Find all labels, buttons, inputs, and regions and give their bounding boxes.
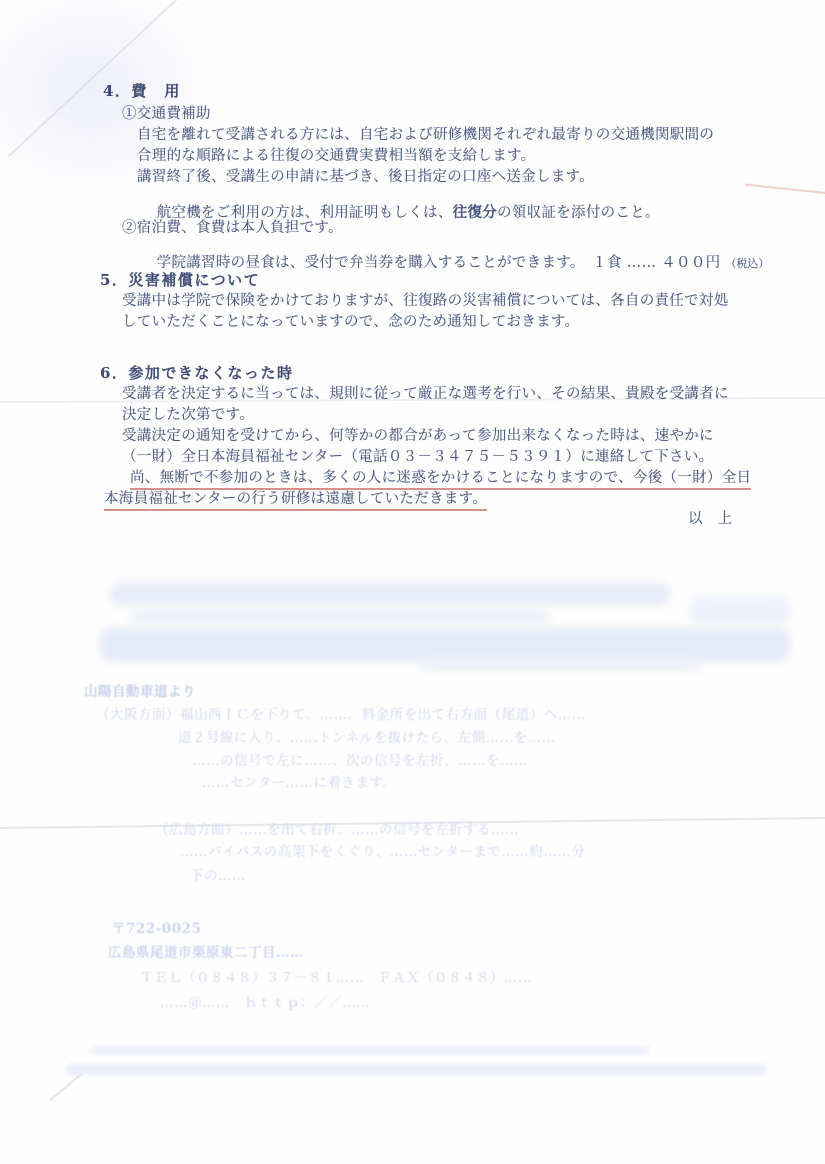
airfare-text: 航空機をご利用の方は、利用証明もしくは、 bbox=[157, 205, 453, 221]
airfare-text-end: の領収証を添付のこと。 bbox=[497, 205, 660, 221]
section-4-heading: 4．費 用 bbox=[103, 84, 181, 99]
tax-included-note: （税込） bbox=[725, 257, 769, 270]
fold-crease-bottom-left bbox=[49, 1073, 82, 1102]
bleedthrough-route-line: ……センター……に着きます。 bbox=[202, 777, 396, 791]
bleedthrough-route-line: 下の…… bbox=[190, 870, 246, 884]
section-6-contact-line: （一財）全日本海員福祉センター（電話０３－３４７５－５３９１）に連絡して下さい。 bbox=[122, 450, 713, 465]
bleedthrough-route-line: ……の信号で左に……、次の信号を左折、……を…… bbox=[192, 755, 528, 769]
section-6-warning-line-underlined: 本海員福祉センターの行う研修は遠慮していただきます。 bbox=[104, 492, 487, 511]
bleedthrough-postal-code: 〒722-0025 bbox=[112, 923, 201, 937]
section-4-item1-line: 合理的な順路による往復の交通費実費相当額を支給します。 bbox=[137, 149, 535, 164]
bleedthrough-footer-line bbox=[66, 1064, 766, 1075]
section-6-line: 決定した次第です。 bbox=[122, 408, 254, 423]
section-5-heading: 5．災害補償について bbox=[100, 273, 260, 288]
bleedthrough-footer-line bbox=[90, 1046, 650, 1055]
bleedthrough-map-area bbox=[110, 583, 670, 605]
section-6-line: 受講決定の通知を受けてから、何等かの都合があって参加出来なくなった時は、速やかに bbox=[122, 429, 714, 444]
section-4-item1-line: 講習終了後、受講生の申請に基づき、後日指定の口座へ送金します。 bbox=[137, 170, 594, 185]
roundtrip-emphasis: 往復分 bbox=[453, 204, 497, 221]
lunch-text: 学院講習時の昼食は、受付で弁当券を購入することができます。 １食 …… ４００円 bbox=[157, 255, 726, 271]
closing-ijou: 以 上 bbox=[688, 512, 732, 527]
bleedthrough-web: ……＠…… ｈｔｔｐ：／／…… bbox=[160, 997, 370, 1011]
section-6-warning-line-underlined: 尚、無断で不参加のときは、多くの人に迷惑をかけることになりますので、今後（一財）… bbox=[130, 471, 751, 490]
bleedthrough-address: 広島県尾道市栗原東二丁目…… bbox=[108, 947, 304, 961]
bleedthrough-route-line: 道２号線に入り、……トンネルを抜けたら、左側……を…… bbox=[178, 732, 556, 746]
bleedthrough-phone-fax: ＴＥＬ（０８４８）３７－８１…… ＦＡＸ（０８４８）…… bbox=[140, 972, 532, 986]
section-5-line: 受講中は学院で保険をかけておりますが、往復路の災害補償については、各自の責任で対… bbox=[122, 294, 729, 309]
bleedthrough-route-line: （広島方面）……を出て右折、……の信号を左折する…… bbox=[155, 824, 519, 838]
bleedthrough-map-area bbox=[420, 658, 700, 672]
bleedthrough-map-area bbox=[100, 628, 790, 662]
section-5-line: していただくことになっていますので、念のため通知しておきます。 bbox=[122, 315, 579, 330]
scan-artifact-line-top-right bbox=[745, 184, 825, 194]
section-6-line: 受講者を決定するに当っては、規則に従って厳正な選考を行い、その結果、貴殿を受講者… bbox=[122, 387, 729, 402]
bleedthrough-map-area bbox=[130, 610, 550, 624]
section-4-item1-line: 自宅を離れて受講される方には、自宅および研修機関それぞれ最寄りの交通機関駅間の bbox=[137, 128, 714, 143]
section-4-item1-title: ①交通費補助 bbox=[122, 107, 211, 122]
scanned-document-page: 4．費 用 ①交通費補助 自宅を離れて受講される方には、自宅および研修機関それぞ… bbox=[0, 0, 825, 1164]
bleedthrough-map-area bbox=[690, 596, 790, 624]
bleedthrough-route-heading: 山陽自動車道より bbox=[84, 686, 196, 700]
section-4-item2-title: ②宿泊費、食費は本人負担です。 bbox=[122, 221, 343, 236]
bleedthrough-route-line: （大阪方面）福山西ＩＣを下りて、……。料金所を出て右方面（尾道）へ…… bbox=[96, 709, 586, 723]
bleedthrough-route-line: ……バイパスの高架下をくぐり、……センターまで……約……分 bbox=[180, 846, 585, 860]
section-6-heading: 6．参加できなくなった時 bbox=[100, 366, 293, 381]
